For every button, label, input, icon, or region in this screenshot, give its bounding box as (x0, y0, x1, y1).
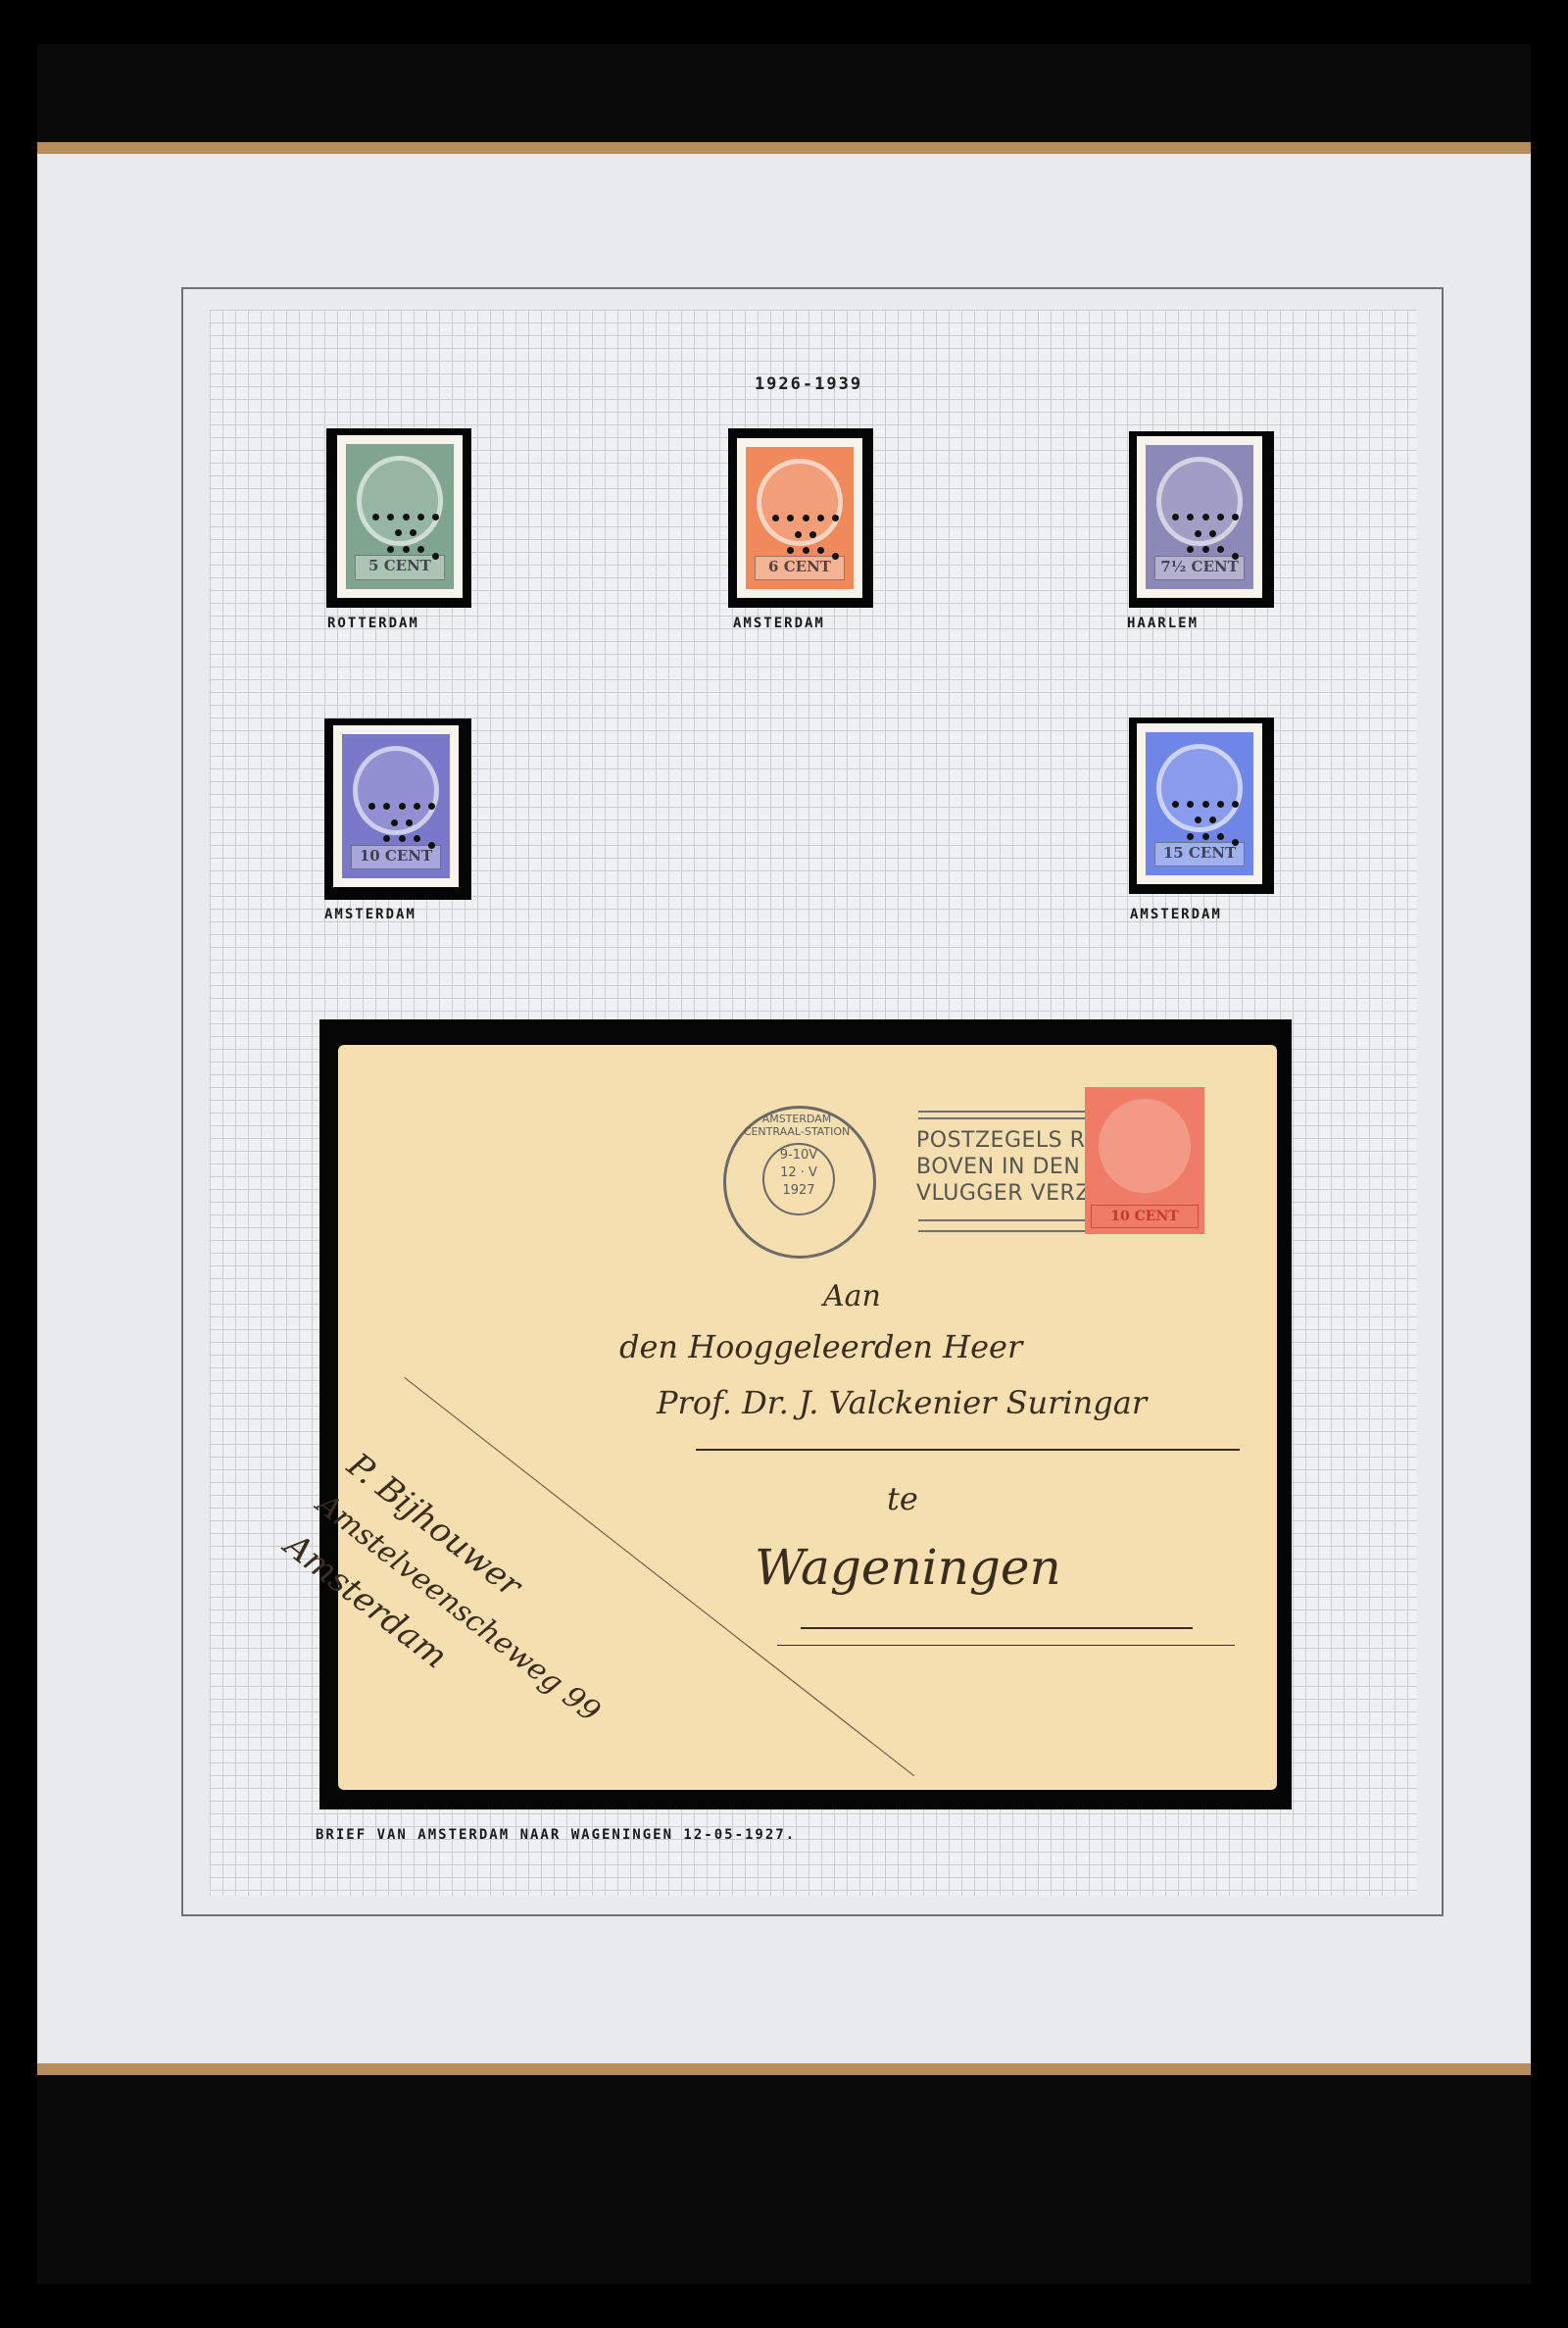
perfin-hole (1232, 801, 1239, 808)
address-line: Prof. Dr. J. Valckenier Suringar (657, 1384, 1147, 1421)
perfin-hole (809, 531, 816, 538)
perfin-hole (817, 547, 824, 554)
perfin-hole (399, 835, 406, 842)
perfin-hole (1172, 801, 1179, 808)
perfin-hole (803, 515, 809, 521)
perfin-hole (1202, 546, 1209, 553)
perfin-hole (1195, 530, 1201, 537)
perfin-hole (1195, 817, 1201, 823)
perfin-hole (1217, 833, 1224, 840)
cancel-wave-line (918, 1230, 1085, 1232)
perfin-hole (1202, 833, 1209, 840)
stamp-value: 10 CENT (1091, 1205, 1199, 1228)
address-underline (777, 1645, 1235, 1646)
perfin-hole (372, 514, 379, 520)
stamp-caption: AMSTERDAM (324, 907, 416, 922)
stamp-caption: AMSTERDAM (733, 616, 825, 631)
cover-caption: BRIEF VAN AMSTERDAM NAAR WAGENINGEN 12-0… (316, 1827, 796, 1843)
perfin-hole (368, 803, 375, 810)
perfin-hole (432, 514, 439, 520)
stamp-caption: AMSTERDAM (1130, 907, 1222, 922)
postmark-ring-text: AMSTERDAM CENTRAAL-STATION (733, 1113, 860, 1138)
cancel-wave-line (918, 1111, 1085, 1113)
perfin-hole (1187, 833, 1194, 840)
postmark-date: 9-10V 12 · V 1927 (762, 1143, 835, 1215)
perfin-hole (1202, 801, 1209, 808)
perfin-hole (399, 803, 406, 810)
cancel-wave-line (918, 1117, 1085, 1119)
perfin-hole (1209, 530, 1216, 537)
perfin-hole (1217, 801, 1224, 808)
perfin-hole (432, 553, 439, 560)
stamp-6-cent[interactable]: 6 CENT (737, 438, 862, 598)
address-line: den Hooggeleerden Heer (619, 1328, 1022, 1365)
perfin-hole (417, 546, 424, 553)
stamp-5-cent[interactable]: 5 CENT (337, 435, 463, 598)
stamp-caption: HAARLEM (1127, 616, 1199, 631)
perfin-hole (803, 547, 809, 554)
address-city: Wageningen (755, 1539, 1061, 1596)
address-underline (801, 1627, 1193, 1629)
cancel-wave-line (918, 1219, 1085, 1221)
stamp-portrait-oval (1099, 1099, 1191, 1193)
perfin-hole (406, 819, 413, 826)
perfin-hole (403, 514, 410, 520)
stamp-caption: ROTTERDAM (327, 616, 419, 631)
perfin-hole (795, 531, 802, 538)
perfin-hole (417, 514, 424, 520)
perfin-hole (387, 546, 394, 553)
page-title: 1926-1939 (686, 374, 931, 394)
perfin-hole (1202, 514, 1209, 520)
cover-stamp-10-cent[interactable]: 10 CENT (1085, 1087, 1204, 1234)
stamp-10-cent[interactable]: 10 CENT (333, 725, 459, 887)
stamp-15-cent[interactable]: 15 CENT (1137, 723, 1262, 884)
perfin-hole (403, 546, 410, 553)
perfin-hole (787, 547, 794, 554)
stamp-7-half-cent[interactable]: 7½ CENT (1137, 436, 1262, 598)
perfin-hole (1187, 801, 1194, 808)
address-line: Aan (823, 1279, 881, 1313)
address-underline (696, 1449, 1240, 1451)
perfin-hole (387, 514, 394, 520)
perfin-hole (1172, 514, 1179, 520)
perfin-hole (391, 819, 398, 826)
address-line: te (887, 1480, 918, 1517)
